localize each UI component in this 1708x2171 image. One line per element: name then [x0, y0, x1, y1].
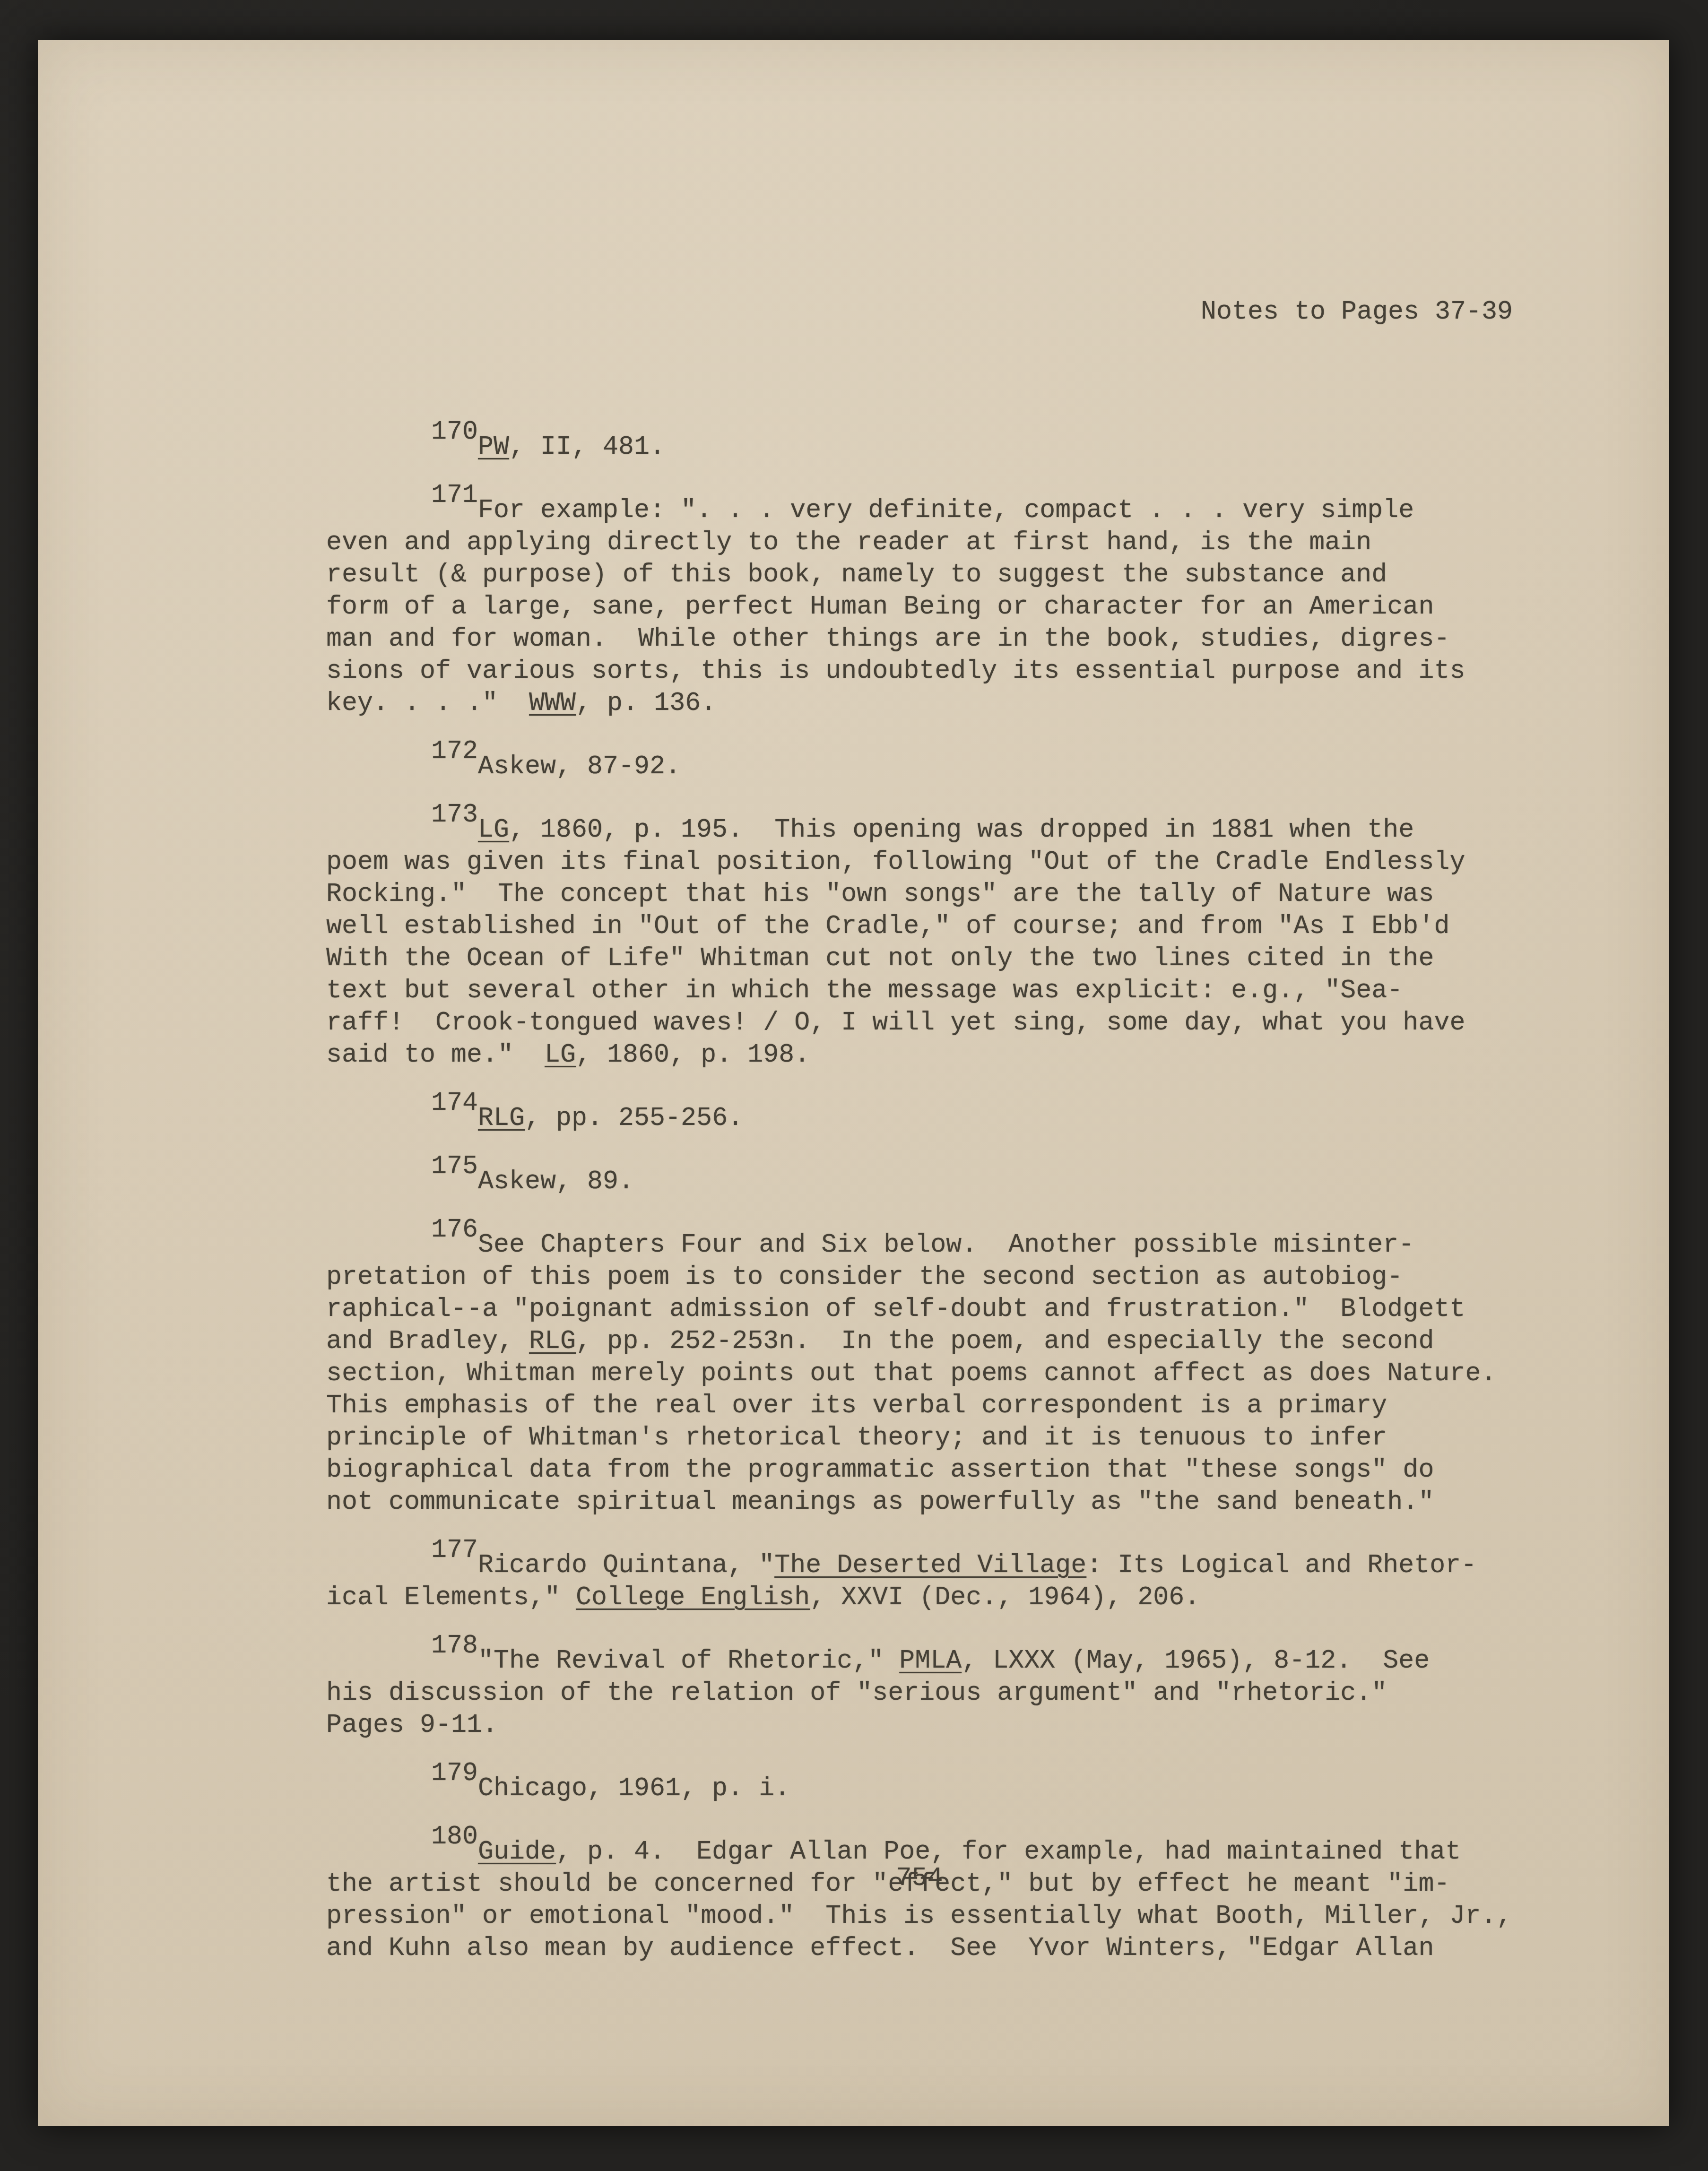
footnote-number: 177 — [431, 1535, 478, 1565]
footnote-text: , II, 481. — [509, 432, 665, 462]
footnote-text: , p. 136. — [576, 688, 716, 718]
footnote-text: even and applying directly to the reader… — [326, 528, 1371, 557]
footnote-number: 173 — [431, 800, 478, 830]
footnote-text: and Bradley, — [326, 1326, 529, 1356]
footnote-number: 172 — [431, 736, 478, 766]
footnote-line: well established in "Out of the Cradle,"… — [326, 910, 1513, 943]
footnote-line: raphical--a "poignant admission of self-… — [326, 1293, 1513, 1325]
footnote-text: raff! Crook-tongued waves! / O, I will y… — [326, 1008, 1465, 1038]
footnote-line: his discussion of the relation of "serio… — [326, 1677, 1513, 1709]
footnote-line: Pages 9-11. — [326, 1709, 1513, 1741]
underlined-title: WWW — [529, 688, 576, 718]
footnote-text: not communicate spiritual meanings as po… — [326, 1487, 1434, 1517]
footnote-text: his discussion of the relation of "serio… — [326, 1678, 1387, 1708]
footnote-number: 171 — [431, 480, 478, 510]
footnote-number: 179 — [431, 1758, 478, 1788]
footnote-176: 176See Chapters Four and Six below. Anot… — [326, 1229, 1513, 1518]
footnote-text: section, Whitman merely points out that … — [326, 1358, 1496, 1388]
footnote-line: and Kuhn also mean by audience effect. S… — [326, 1932, 1513, 1964]
footnote-text: raphical--a "poignant admission of self-… — [326, 1294, 1465, 1324]
footnote-text: poem was given its final position, follo… — [326, 847, 1465, 877]
footnote-line: biographical data from the programmatic … — [326, 1454, 1513, 1486]
underlined-title: College English — [576, 1583, 810, 1612]
footnote-text: , LXXX (May, 1965), 8-12. See — [962, 1646, 1430, 1676]
footnote-text: This emphasis of the real over its verba… — [326, 1391, 1387, 1420]
footnote-line: text but several other in which the mess… — [326, 975, 1513, 1007]
running-head: Notes to Pages 37-39 — [326, 296, 1513, 328]
footnote-text: biographical data from the programmatic … — [326, 1455, 1434, 1485]
underlined-title: The Deserted Village — [774, 1550, 1086, 1580]
footnote-text: Askew, 89. — [478, 1167, 634, 1196]
footnote-number: 180 — [431, 1822, 478, 1851]
footnote-line: result (& purpose) of this book, namely … — [326, 559, 1513, 591]
document-page: Notes to Pages 37-39 170PW, II, 481.171F… — [38, 40, 1669, 2126]
footnote-text: said to me." — [326, 1040, 545, 1070]
footnote-text: form of a large, sane, perfect Human Bei… — [326, 592, 1434, 622]
footnote-line: This emphasis of the real over its verba… — [326, 1390, 1513, 1422]
footnote-172: 172Askew, 87-92. — [326, 751, 1513, 783]
footnote-line: 179Chicago, 1961, p. i. — [326, 1773, 1513, 1805]
footnote-line: principle of Whitman's rhetorical theory… — [326, 1422, 1513, 1454]
footnote-line: even and applying directly to the reader… — [326, 527, 1513, 559]
footnote-number: 170 — [431, 417, 478, 447]
footnote-text: principle of Whitman's rhetorical theory… — [326, 1423, 1387, 1453]
footnote-text: pretation of this poem is to consider th… — [326, 1262, 1403, 1292]
footnote-line: Rocking." The concept that his "own song… — [326, 878, 1513, 910]
footnote-175: 175Askew, 89. — [326, 1166, 1513, 1198]
footnote-text: text but several other in which the mess… — [326, 976, 1403, 1005]
footnote-text: Rocking." The concept that his "own song… — [326, 879, 1434, 909]
footnote-line: 170PW, II, 481. — [326, 431, 1513, 463]
scan-background: Notes to Pages 37-39 170PW, II, 481.171F… — [0, 0, 1708, 2171]
footnote-text: See Chapters Four and Six below. Another… — [478, 1230, 1414, 1260]
footnote-number: 174 — [431, 1088, 478, 1118]
footnote-text: Chicago, 1961, p. i. — [478, 1773, 790, 1803]
footnote-line: and Bradley, RLG, pp. 252-253n. In the p… — [326, 1325, 1513, 1358]
underlined-title: LG — [478, 815, 509, 845]
footnote-text: , pp. 255-256. — [525, 1103, 743, 1133]
footnote-line: poem was given its final position, follo… — [326, 846, 1513, 878]
footnote-line: said to me." LG, 1860, p. 198. — [326, 1039, 1513, 1071]
footnote-line: man and for woman. While other things ar… — [326, 623, 1513, 655]
footnote-179: 179Chicago, 1961, p. i. — [326, 1773, 1513, 1805]
footnote-text: key. . . ." — [326, 688, 529, 718]
underlined-title: RLG — [478, 1103, 525, 1133]
footnote-line: section, Whitman merely points out that … — [326, 1358, 1513, 1390]
footnote-number: 176 — [431, 1215, 478, 1245]
footnote-line: pretation of this poem is to consider th… — [326, 1261, 1513, 1293]
footnote-171: 171For example: ". . . very definite, co… — [326, 494, 1513, 719]
footnote-text: , 1860, p. 198. — [576, 1040, 810, 1070]
footnote-line: 172Askew, 87-92. — [326, 751, 1513, 783]
underlined-title: LG — [545, 1040, 576, 1070]
footnote-line: sions of various sorts, this is undoubte… — [326, 655, 1513, 687]
underlined-title: PW — [478, 432, 509, 462]
footnote-text: With the Ocean of Life" Whitman cut not … — [326, 943, 1434, 973]
footnote-180: 180Guide, p. 4. Edgar Allan Poe, for exa… — [326, 1836, 1513, 1964]
footnote-line: With the Ocean of Life" Whitman cut not … — [326, 943, 1513, 975]
footnote-text: sions of various sorts, this is undoubte… — [326, 656, 1465, 686]
footnote-text: For example: ". . . very definite, compa… — [478, 495, 1414, 525]
footnote-line: key. . . ." WWW, p. 136. — [326, 687, 1513, 719]
footnote-178: 178"The Revival of Rhetoric," PMLA, LXXX… — [326, 1645, 1513, 1741]
footnote-170: 170PW, II, 481. — [326, 431, 1513, 463]
footnote-line: ical Elements," College English, XXVI (D… — [326, 1582, 1513, 1614]
footnote-text: result (& purpose) of this book, namely … — [326, 560, 1387, 589]
footnote-line: 178"The Revival of Rhetoric," PMLA, LXXX… — [326, 1645, 1513, 1677]
footnote-text: Pages 9-11. — [326, 1710, 498, 1740]
footnote-number: 178 — [431, 1631, 478, 1661]
footnote-text: Ricardo Quintana, " — [478, 1550, 774, 1580]
footnote-text: well established in "Out of the Cradle,"… — [326, 911, 1449, 941]
underlined-title: RLG — [529, 1326, 576, 1356]
footnote-line: form of a large, sane, perfect Human Bei… — [326, 591, 1513, 623]
footnote-line: 174RLG, pp. 255-256. — [326, 1102, 1513, 1134]
page-number: 754 — [326, 1862, 1513, 1894]
footnote-text: pression" or emotional "mood." This is e… — [326, 1901, 1512, 1931]
footnote-174: 174RLG, pp. 255-256. — [326, 1102, 1513, 1134]
page-content: Notes to Pages 37-39 170PW, II, 481.171F… — [326, 232, 1513, 2029]
footnote-text: man and for woman. While other things ar… — [326, 624, 1449, 654]
footnote-text: Askew, 87-92. — [478, 752, 681, 781]
footnote-text: and Kuhn also mean by audience effect. S… — [326, 1933, 1434, 1963]
footnote-177: 177Ricardo Quintana, "The Deserted Villa… — [326, 1549, 1513, 1614]
footnote-text: "The Revival of Rhetoric," — [478, 1646, 899, 1676]
footnote-text: , XXVI (Dec., 1964), 206. — [810, 1583, 1200, 1612]
footnote-line: 175Askew, 89. — [326, 1166, 1513, 1198]
underlined-title: PMLA — [899, 1646, 962, 1676]
footnote-text: , pp. 252-253n. In the poem, and especia… — [576, 1326, 1434, 1356]
notes-list: 170PW, II, 481.171For example: ". . . ve… — [326, 431, 1513, 1964]
footnote-text: , 1860, p. 195. This opening was dropped… — [509, 815, 1414, 845]
footnote-text: ical Elements," — [326, 1583, 576, 1612]
footnote-173: 173LG, 1860, p. 195. This opening was dr… — [326, 814, 1513, 1071]
footnote-number: 175 — [431, 1151, 478, 1181]
footnote-line: pression" or emotional "mood." This is e… — [326, 1900, 1513, 1932]
footnote-line: raff! Crook-tongued waves! / O, I will y… — [326, 1007, 1513, 1039]
footnote-text: : Its Logical and Rhetor- — [1086, 1550, 1476, 1580]
footnote-line: not communicate spiritual meanings as po… — [326, 1486, 1513, 1518]
footnote-line: 176See Chapters Four and Six below. Anot… — [326, 1229, 1513, 1261]
footnote-line: 177Ricardo Quintana, "The Deserted Villa… — [326, 1549, 1513, 1582]
footnote-line: 171For example: ". . . very definite, co… — [326, 494, 1513, 527]
footnote-line: 173LG, 1860, p. 195. This opening was dr… — [326, 814, 1513, 846]
